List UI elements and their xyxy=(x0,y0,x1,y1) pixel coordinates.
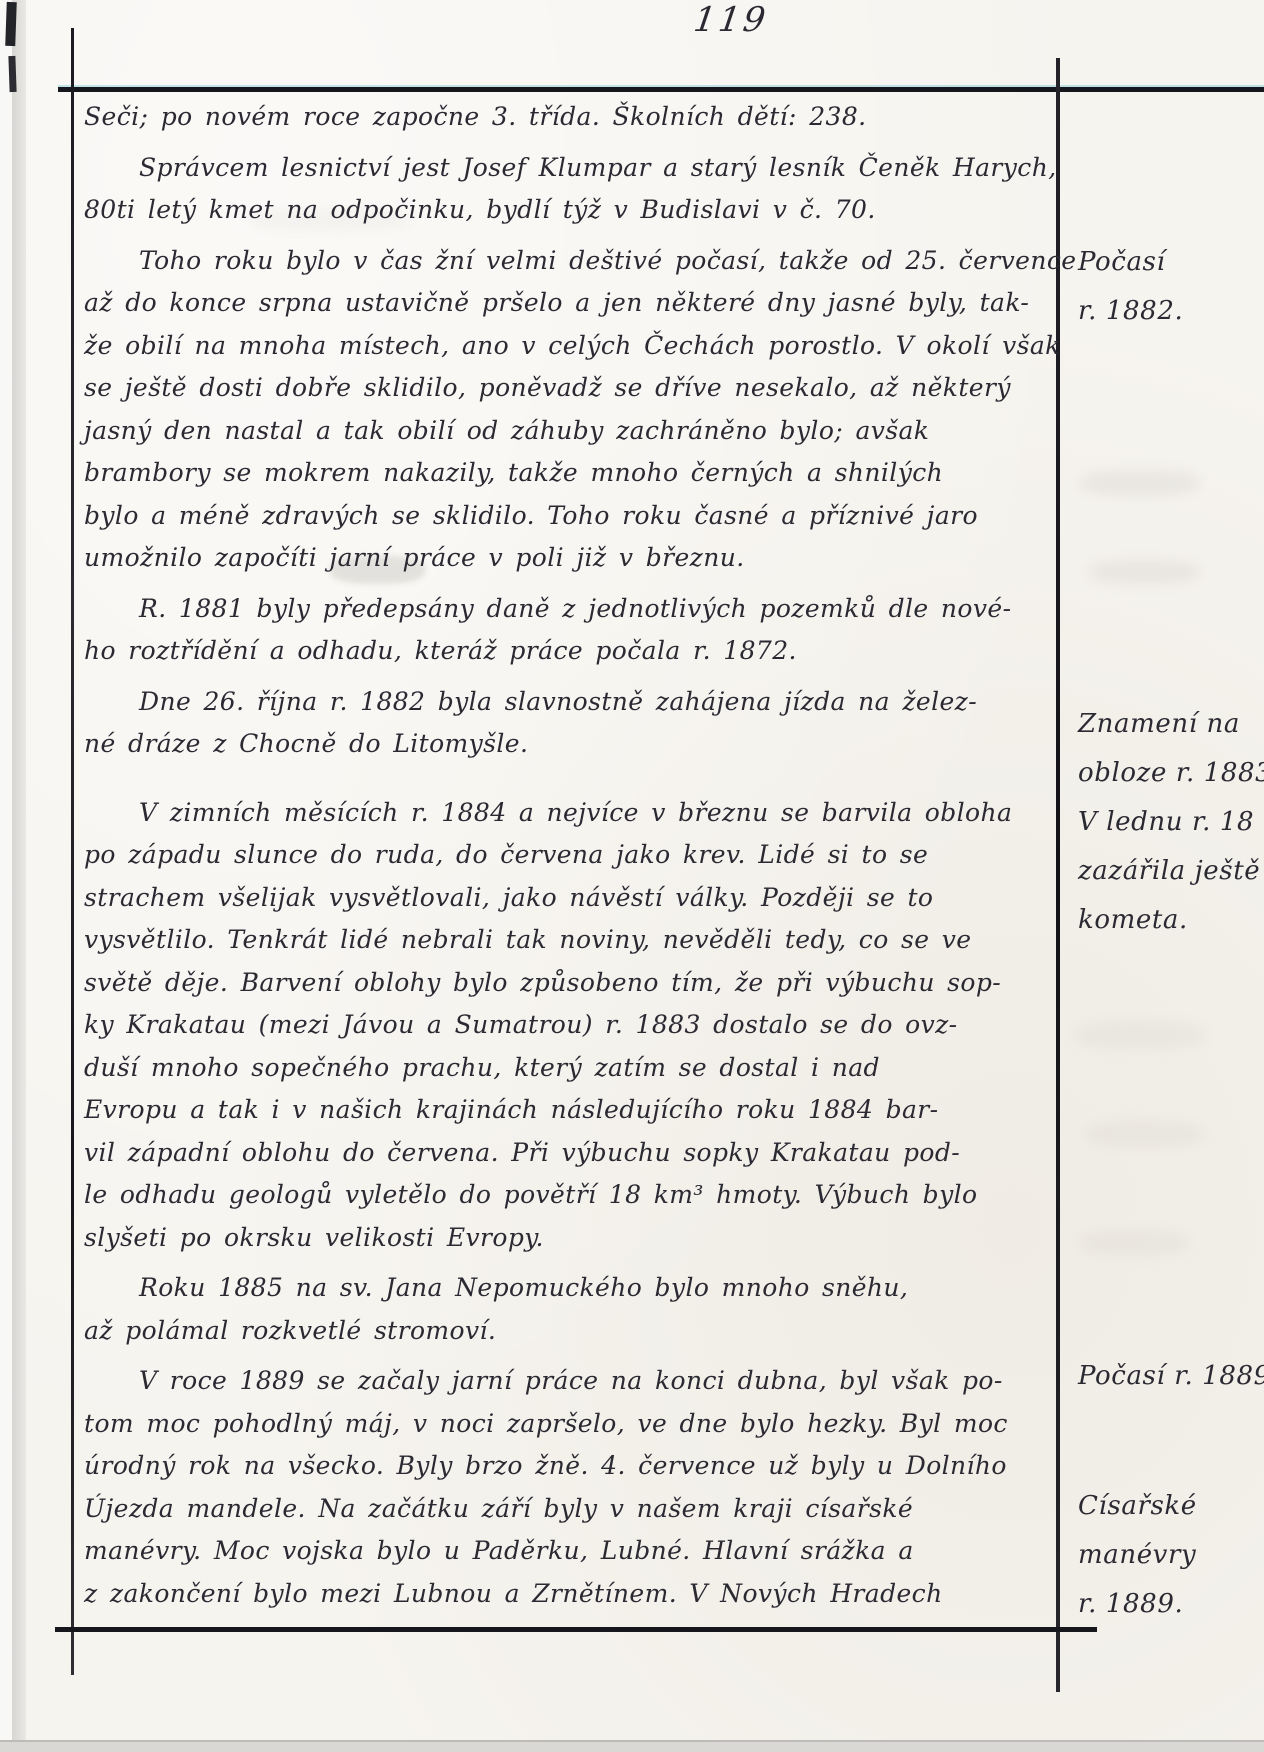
margin-note-line: Počasí r. 1889 xyxy=(1078,1352,1264,1401)
scanner-edge-bottom xyxy=(0,1740,1264,1752)
handwritten-line: tom moc pohodlný máj, v noci zapršelo, v… xyxy=(84,1403,1056,1446)
bleed-through-artifact xyxy=(1075,1020,1205,1050)
handwritten-line: 80ti letý kmet na odpočinku, bydlí týž v… xyxy=(84,189,1056,232)
margin-note-line: Císařské xyxy=(1078,1482,1197,1531)
handwritten-line: úrodný rok na všecko. Byly brzo žně. 4. … xyxy=(84,1445,1056,1488)
scanner-edge-shadow xyxy=(12,0,26,1752)
margin-note-line: Počasí xyxy=(1078,238,1183,287)
scan-artifact-mark xyxy=(8,56,16,92)
handwritten-line: le odhadu geologů vyletělo do povětří 18… xyxy=(84,1174,1056,1217)
scanner-edge-left xyxy=(0,0,12,1752)
margin-note-line: Znamení na xyxy=(1078,700,1264,749)
top-border-line xyxy=(58,87,1264,92)
margin-note-line: zazářila ještě xyxy=(1078,847,1264,896)
handwritten-line: Újezda mandele. Na začátku září byly v n… xyxy=(84,1488,1056,1531)
margin-note-line: kometa. xyxy=(1078,896,1264,945)
handwritten-line: duší mnoho sopečného prachu, který zatím… xyxy=(84,1047,1056,1090)
handwritten-line: vysvětlilo. Tenkrát lidé nebrali tak nov… xyxy=(84,919,1056,962)
margin-note-line: obloze r. 1883 a xyxy=(1078,749,1264,798)
margin-note-pocasi-1889: Počasí r. 1889 xyxy=(1078,1352,1264,1401)
margin-note-line: V lednu r. 18 xyxy=(1078,798,1264,847)
handwritten-line: se ještě dosti dobře sklidilo, poněvadž … xyxy=(84,367,1056,410)
handwritten-line: že obilí na mnoha místech, ano v celých … xyxy=(84,325,1056,368)
paragraph: Seči; po novém roce započne 3. třída. Šk… xyxy=(84,96,1056,139)
margin-note-cisarske-manevry-1889: Císařskémanévryr. 1889. xyxy=(1078,1482,1197,1629)
handwritten-line: manévry. Moc vojska bylo u Paděrku, Lubn… xyxy=(84,1530,1056,1573)
margin-note-line: r. 1882. xyxy=(1078,287,1183,336)
handwritten-line: R. 1881 byly předepsány daně z jednotliv… xyxy=(84,588,1056,631)
page-number: 119 xyxy=(691,0,771,40)
handwritten-line: Roku 1885 na sv. Jana Nepomuckého bylo m… xyxy=(84,1267,1056,1310)
paragraph: Roku 1885 na sv. Jana Nepomuckého bylo m… xyxy=(84,1267,1056,1352)
paragraph: Správcem lesnictví jest Josef Klumpar a … xyxy=(84,147,1056,232)
manuscript-page: 119 Seči; po novém roce započne 3. třída… xyxy=(0,0,1264,1752)
handwritten-line: brambory se mokrem nakazily, takže mnoho… xyxy=(84,452,1056,495)
handwritten-line: V zimních měsících r. 1884 a nejvíce v b… xyxy=(84,792,1056,835)
paragraph: V zimních měsících r. 1884 a nejvíce v b… xyxy=(84,792,1056,1260)
paragraph: V roce 1889 se začaly jarní práce na kon… xyxy=(84,1360,1056,1615)
right-margin-line xyxy=(1056,58,1060,1692)
paragraph: R. 1881 byly předepsány daně z jednotliv… xyxy=(84,588,1056,673)
handwritten-line: vil západní oblohu do červena. Při výbuc… xyxy=(84,1132,1056,1175)
bleed-through-artifact xyxy=(1085,1120,1205,1148)
handwritten-line: V roce 1889 se začaly jarní práce na kon… xyxy=(84,1360,1056,1403)
handwritten-line: Toho roku bylo v čas žní velmi deštivé p… xyxy=(84,240,1056,283)
paragraph: Toho roku bylo v čas žní velmi deštivé p… xyxy=(84,240,1056,580)
bleed-through-artifact xyxy=(1080,1230,1190,1256)
bleed-through-artifact xyxy=(1080,470,1200,496)
scan-artifact-mark xyxy=(5,2,17,46)
bleed-through-artifact xyxy=(1090,560,1200,584)
margin-note-pocasi-1882: Počasír. 1882. xyxy=(1078,238,1183,336)
margin-note-line: r. 1889. xyxy=(1078,1580,1197,1629)
handwritten-line: slyšeti po okrsku velikosti Evropy. xyxy=(84,1217,1056,1260)
left-margin-line xyxy=(71,28,74,1675)
bottom-border-line xyxy=(55,1627,1097,1632)
handwritten-line: umožnilo započíti jarní práce v poli již… xyxy=(84,537,1056,580)
margin-note-znameni-na-obloze-1883: Znamení naobloze r. 1883 aV lednu r. 18z… xyxy=(1078,700,1264,945)
handwritten-line: až polámal rozkvetlé stromoví. xyxy=(84,1310,1056,1353)
handwritten-line: Evropu a tak i v našich krajinách násled… xyxy=(84,1089,1056,1132)
handwritten-line: bylo a méně zdravých se sklidilo. Toho r… xyxy=(84,495,1056,538)
handwritten-line: Dne 26. října r. 1882 byla slavnostně za… xyxy=(84,681,1056,724)
handwritten-line: jasný den nastal a tak obilí od záhuby z… xyxy=(84,410,1056,453)
manuscript-body: Seči; po novém roce započne 3. třída. Šk… xyxy=(84,96,1056,1615)
paragraph: Dne 26. října r. 1882 byla slavnostně za… xyxy=(84,681,1056,766)
handwritten-line: po západu slunce do ruda, do červena jak… xyxy=(84,834,1056,877)
handwritten-line: až do konce srpna ustavičně pršelo a jen… xyxy=(84,282,1056,325)
handwritten-line: světě děje. Barvení oblohy bylo způsoben… xyxy=(84,962,1056,1005)
handwritten-line: z zakončení bylo mezi Lubnou a Zrnětínem… xyxy=(84,1573,1056,1616)
handwritten-line: Seči; po novém roce započne 3. třída. Šk… xyxy=(84,96,1056,139)
handwritten-line: ky Krakatau (mezi Jávou a Sumatrou) r. 1… xyxy=(84,1004,1056,1047)
handwritten-line: né dráze z Chocně do Litomyšle. xyxy=(84,723,1056,766)
handwritten-line: Správcem lesnictví jest Josef Klumpar a … xyxy=(84,147,1056,190)
handwritten-line: ho roztřídění a odhadu, kteráž práce poč… xyxy=(84,630,1056,673)
handwritten-line: strachem všelijak vysvětlovali, jako náv… xyxy=(84,877,1056,920)
margin-note-line: manévry xyxy=(1078,1531,1197,1580)
